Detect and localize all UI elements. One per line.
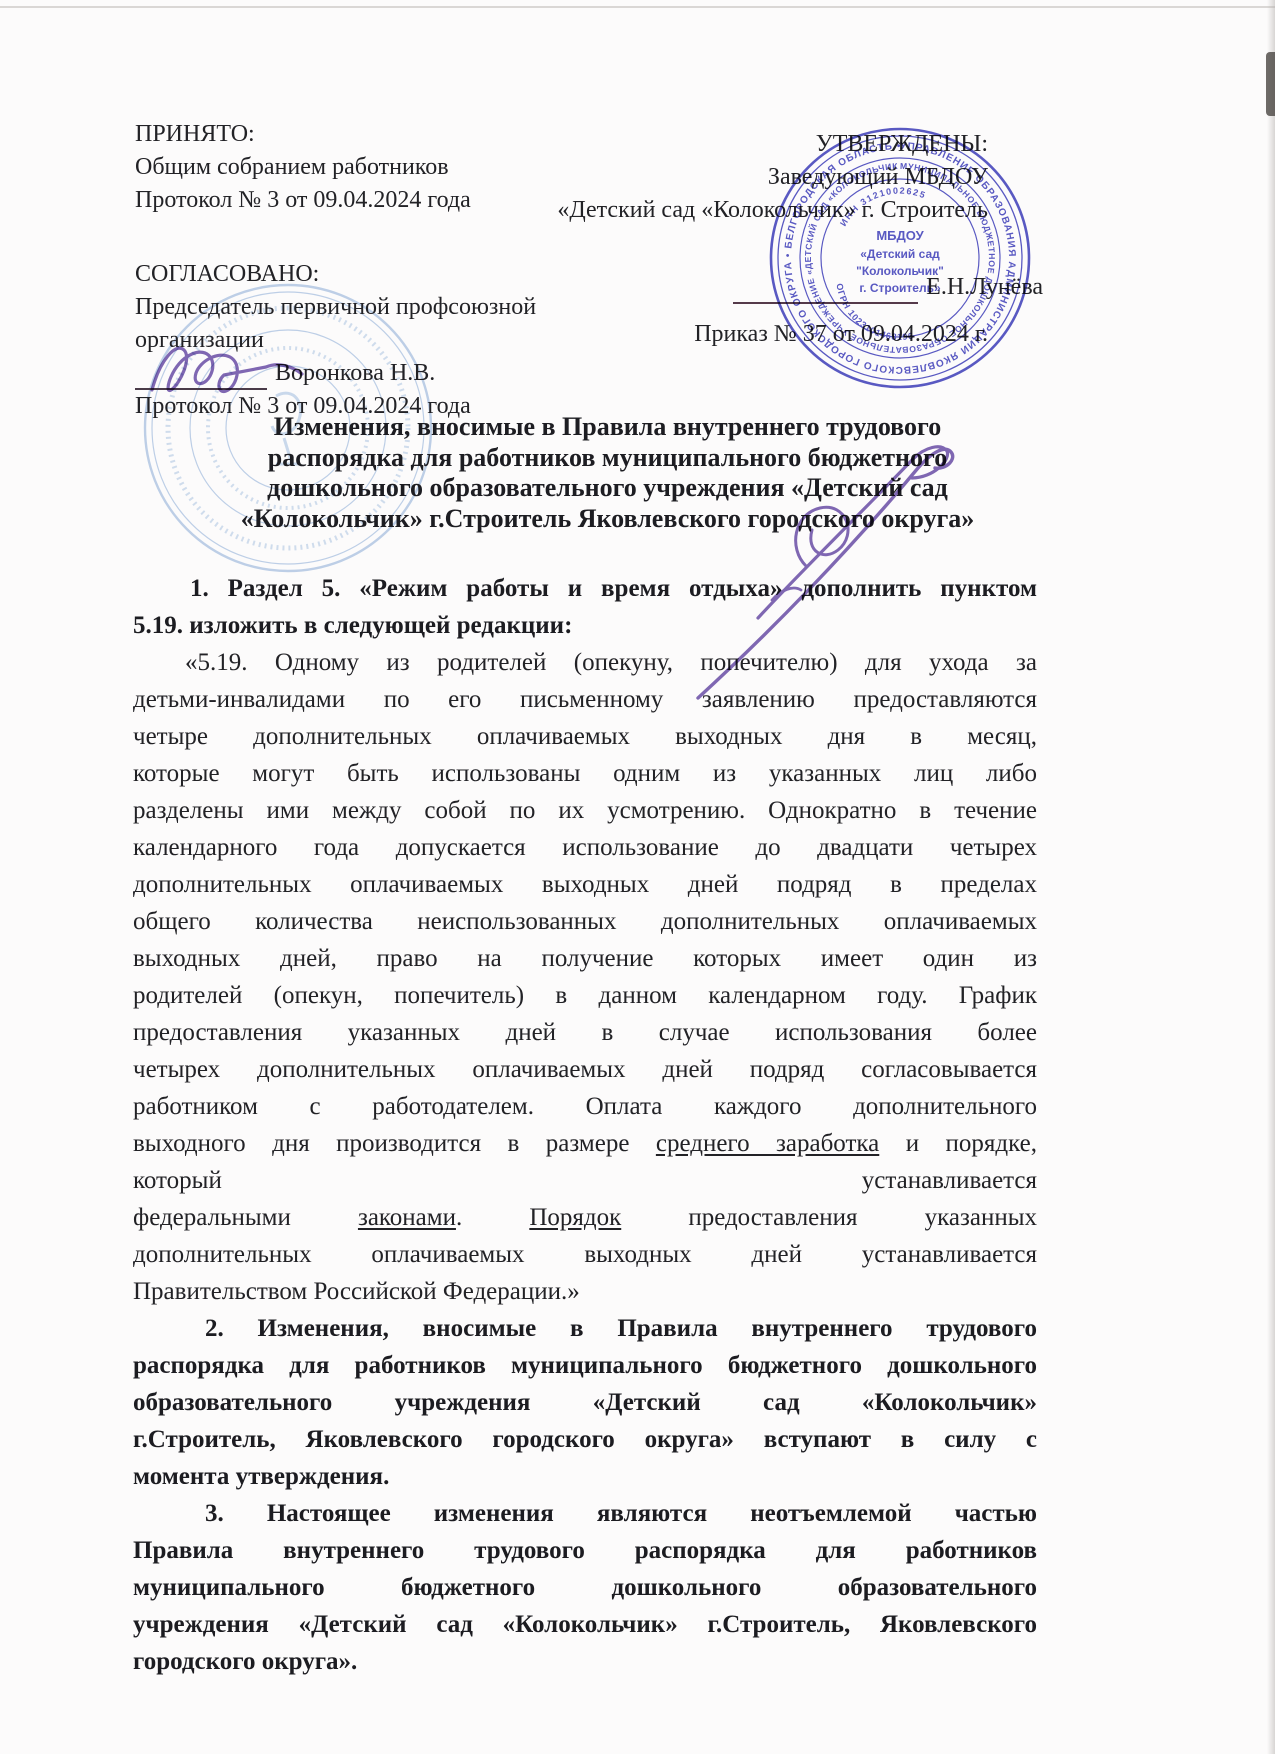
body-line: четыре дополнительных оплачиваемых выход… [133,718,1037,755]
paragraph-5-19: «5.19. Одному из родителей (опекуну, поп… [133,644,1037,1310]
body-text: устанавливается [862,1162,1037,1199]
paragraph-2: 2. Изменения, вносимые в Правила внутрен… [133,1310,1037,1495]
scan-edge-right [1267,0,1275,1754]
body-line: предоставления указанных дней в случае и… [133,1014,1037,1051]
title-line: Изменения, вносимые в Правила внутреннег… [155,412,1060,443]
document-body: 1. Раздел 5. «Режим работы и время отдых… [133,570,1037,1680]
body-text: федеральными [133,1204,358,1231]
stamp-inn: ИНН 3121002625 [838,186,928,228]
title-line: дошкольного образовательного учреждения … [155,473,1060,504]
agreed-block: СОГЛАСОВАНО: Председатель первичной проф… [135,258,536,423]
body-text: . [456,1204,529,1231]
document-title: Изменения, вносимые в Правила внутреннег… [155,412,1060,534]
agreed-signature-row: Воронкова Н.В. [135,357,536,390]
body-text: предоставления указанных [621,1204,1037,1231]
accepted-line: Общим собранием работников [135,151,471,184]
stamp-center-line: МБДОУ [876,228,924,243]
body-line: муниципального бюджетного дошкольного об… [133,1569,1037,1606]
body-line: федеральными законами. Порядок предостав… [133,1199,1037,1236]
paragraph-3: 3. Настоящее изменения являются неотъемл… [133,1495,1037,1680]
stamp-center-line: "Колокольчик" [856,264,944,278]
title-line: «Колокольчик» г.Строитель Яковлевского г… [155,504,1060,535]
underlined-text: Порядок [529,1204,621,1231]
body-line: общего количества неиспользованных допол… [133,903,1037,940]
body-line: 1. Раздел 5. «Режим работы и время отдых… [133,570,1037,607]
official-stamp: УПРАВЛЕНИЕ ОБРАЗОВАНИЯ АДМИНИСТРАЦИИ ЯКО… [766,124,1034,392]
body-line: родителей (опекун, попечитель) в данном … [133,977,1037,1014]
underlined-text: среднего заработка [656,1130,879,1157]
body-line: работником с работодателем. Оплата каждо… [133,1088,1037,1125]
scan-edge-top [0,6,1275,8]
underlined-text: законами [358,1204,456,1231]
body-text: выходного дня производится в размере [133,1130,656,1157]
body-line: 2. Изменения, вносимые в Правила внутрен… [133,1310,1037,1347]
stamp-center-line: «Детский сад [860,247,940,261]
body-line: дополнительных оплачиваемых выходных дне… [133,866,1037,903]
stamp-center-line: г. Строитель» [859,281,941,295]
agreed-line: Председатель первичной профсоюзной [135,291,536,324]
accepted-line: Протокол № 3 от 09.04.2024 года [135,184,471,217]
agreed-line: организации [135,324,536,357]
scan-smudge [1266,52,1275,116]
body-line: выходного дня производится в размере сре… [133,1125,1037,1162]
body-line: г.Строитель, Яковлевского городского окр… [133,1421,1037,1458]
body-line: учреждения «Детский сад «Колокольчик» г.… [133,1606,1037,1643]
paragraph-1: 1. Раздел 5. «Режим работы и время отдых… [133,570,1037,644]
body-line: момента утверждения. [133,1458,1037,1495]
body-text: который [133,1162,222,1199]
body-line: дополнительных оплачиваемых выходных дне… [133,1236,1037,1273]
body-line: которыйустанавливается [133,1162,1037,1199]
body-line: распорядка для работников муниципального… [133,1347,1037,1384]
title-line: распорядка для работников муниципального… [155,443,1060,474]
body-text: и порядке, [879,1130,1037,1157]
body-line: детьми-инвалидами по его письменному зая… [133,681,1037,718]
agreed-signer-name: Воронкова Н.В. [275,357,435,390]
body-line: четырех дополнительных оплачиваемых дней… [133,1051,1037,1088]
document-page: ПРИНЯТО: Общим собранием работников Прот… [0,0,1275,1754]
accepted-block: ПРИНЯТО: Общим собранием работников Прот… [135,118,471,217]
agreed-title: СОГЛАСОВАНО: [135,258,536,291]
body-line: образовательного учреждения «Детский сад… [133,1384,1037,1421]
accepted-title: ПРИНЯТО: [135,118,471,151]
body-line: «5.19. Одному из родителей (опекуну, поп… [133,644,1037,681]
body-line: 3. Настоящее изменения являются неотъемл… [133,1495,1037,1532]
svg-text:ИНН 3121002625: ИНН 3121002625 [838,186,928,228]
body-line: 5.19. изложить в следующей редакции: [133,607,1037,644]
body-line: разделены ими между собой по их усмотрен… [133,792,1037,829]
body-line: городского округа». [133,1643,1037,1680]
body-line: выходных дней, право на получение которы… [133,940,1037,977]
body-line: Правила внутреннего трудового распорядка… [133,1532,1037,1569]
body-line: Правительством Российской Федерации.» [133,1273,1037,1310]
body-line: календарного года допускается использова… [133,829,1037,866]
body-line: которые могут быть использованы одним из… [133,755,1037,792]
